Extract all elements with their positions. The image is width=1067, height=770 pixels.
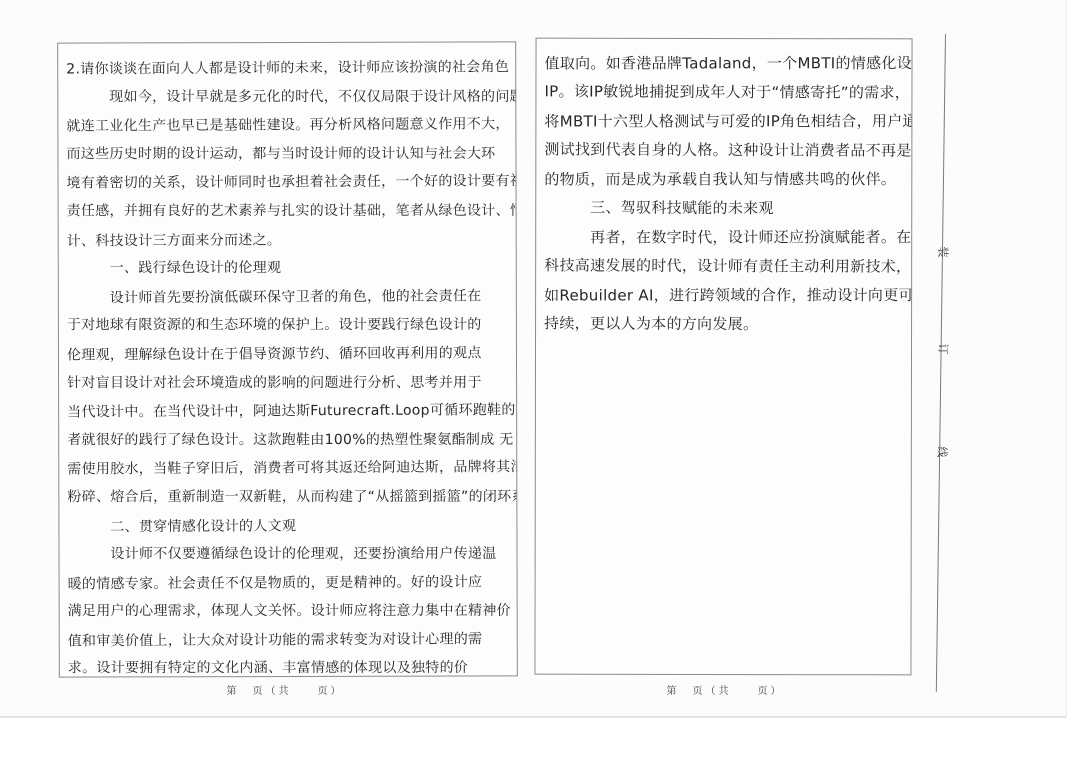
handwritten-line: 针对盲目设计对社会环境造成的影响的问题进行分析、思考并用于 — [67, 368, 510, 397]
binding-strip-char: 线 — [935, 447, 951, 458]
answer-page-left: 2.请你谈谈在面向人人都是设计师的未来，设计师应该扮演的社会角色 现如今，设计早… — [57, 41, 518, 677]
binding-strip-char: 装 — [936, 247, 952, 258]
scanned-answer-sheet: 2.请你谈谈在面向人人都是设计师的未来，设计师应该扮演的社会角色 现如今，设计早… — [0, 0, 1067, 718]
handwritten-line: 持续，更以人为本的方向发展。 — [544, 309, 905, 339]
handwritten-line: 求。设计要拥有特定的文化内涵、丰富情感的体现以及独特的价 — [68, 654, 511, 677]
handwritten-line: 需使用胶水，当鞋子穿旧后，消费者可将其返还给阿迪达斯，品牌将其清洗 — [67, 453, 510, 484]
handwritten-line: 再者，在数字时代，设计师还应扮演赋能者。在 — [544, 223, 905, 252]
handwritten-line: 科技高速发展的时代，设计师有责任主动利用新技术， — [544, 251, 905, 281]
handwritten-line: 一、践行绿色设计的伦理观 — [67, 254, 510, 283]
answer-page-right: 值取向。如香港品牌Tadaland，一个MBTI的情感化设计的IP。该IP敏锐地… — [534, 38, 912, 676]
page-footer-left: 第 页（共 页） — [185, 682, 385, 697]
handwritten-line: 者就很好的践行了绿色设计。这款跑鞋由100%的热塑性聚氨酯制成 无 — [67, 426, 510, 455]
handwritten-line: 粉碎、熔合后，重新制造一双新鞋，从而构建了“从摇篮到摇篮”的闭环系统。 — [67, 483, 510, 512]
handwritten-line: IP。该IP敏锐地捕捉到成年人对于“情感寄托”的需求， — [544, 77, 905, 107]
handwritten-line: 暖的情感专家。社会责任不仅是物质的，更是精神的。好的设计应 — [68, 568, 511, 599]
handwritten-line: 设计师不仅要遵循绿色设计的伦理观，还要扮演给用户传递温 — [68, 540, 511, 569]
handwritten-line: 于对地球有限资源的和生态环境的保护上。设计要践行绿色设计的 — [67, 311, 510, 340]
handwritten-line: 将MBTI十六型人格测试与可爱的IP角色相结合，用户通过 — [544, 107, 905, 136]
handwritten-line: 就连工业化生产也早已是基础性建设。再分析风格问题意义作用不大， — [66, 110, 509, 141]
handwritten-line: 2.请你谈谈在面向人人都是设计师的未来，设计师应该扮演的社会角色 — [66, 53, 509, 84]
handwritten-line: 满足用户的心理需求，体现人文关怀。设计师应将注意力集中在精神价 — [68, 597, 511, 626]
handwritten-line: 现如今，设计早就是多元化的时代，不仅仅局限于设计风格的问题， — [66, 82, 509, 111]
handwritten-line: 的物质，而是成为承载自我认知与情感共鸣的伙伴。 — [544, 165, 905, 194]
handwritten-line: 责任感，并拥有良好的艺术素养与扎实的设计基础，笔者从绿色设计、情感化设 — [67, 197, 510, 226]
handwritten-line: 而这些历史时期的设计运动，都与当时设计师的设计认知与社会大环 — [66, 140, 509, 169]
handwritten-line: 计、科技设计三方面来分而述之。 — [67, 225, 510, 256]
handwritten-line: 当代设计中。在当代设计中，阿迪达斯Futurecraft.Loop可循环跑鞋的设… — [67, 396, 510, 427]
handwritten-line: 值取向。如香港品牌Tadaland，一个MBTI的情感化设计的 — [544, 49, 905, 78]
handwritten-line: 三、驾驭科技赋能的未来观 — [544, 193, 905, 223]
binding-strip-char: 订 — [936, 344, 952, 355]
binding-line — [936, 34, 946, 692]
handwritten-line: 境有着密切的关系，设计师同时也承担着社会责任，一个好的设计要有社会 — [66, 168, 509, 199]
handwritten-line: 二、贯穿情感化设计的人文观 — [67, 511, 510, 542]
page-footer-right: 第 页（共 页） — [625, 682, 825, 697]
handwritten-line: 设计师首先要扮演低碳环保守卫者的角色，他的社会责任在 — [67, 282, 510, 313]
handwritten-line: 伦理观，理解绿色设计在于倡导资源节约、循环回收再利用的观点 — [67, 339, 510, 370]
handwritten-line: 值和审美价值上，让大众对设计功能的需求转变为对设计心理的需 — [68, 625, 511, 656]
handwritten-line: 测试找到代表自身的人格。这种设计让消费者品不再是冰冷 — [544, 135, 905, 165]
handwritten-line: 如Rebuilder AI，进行跨领域的合作，推动设计向更可 — [544, 281, 905, 310]
